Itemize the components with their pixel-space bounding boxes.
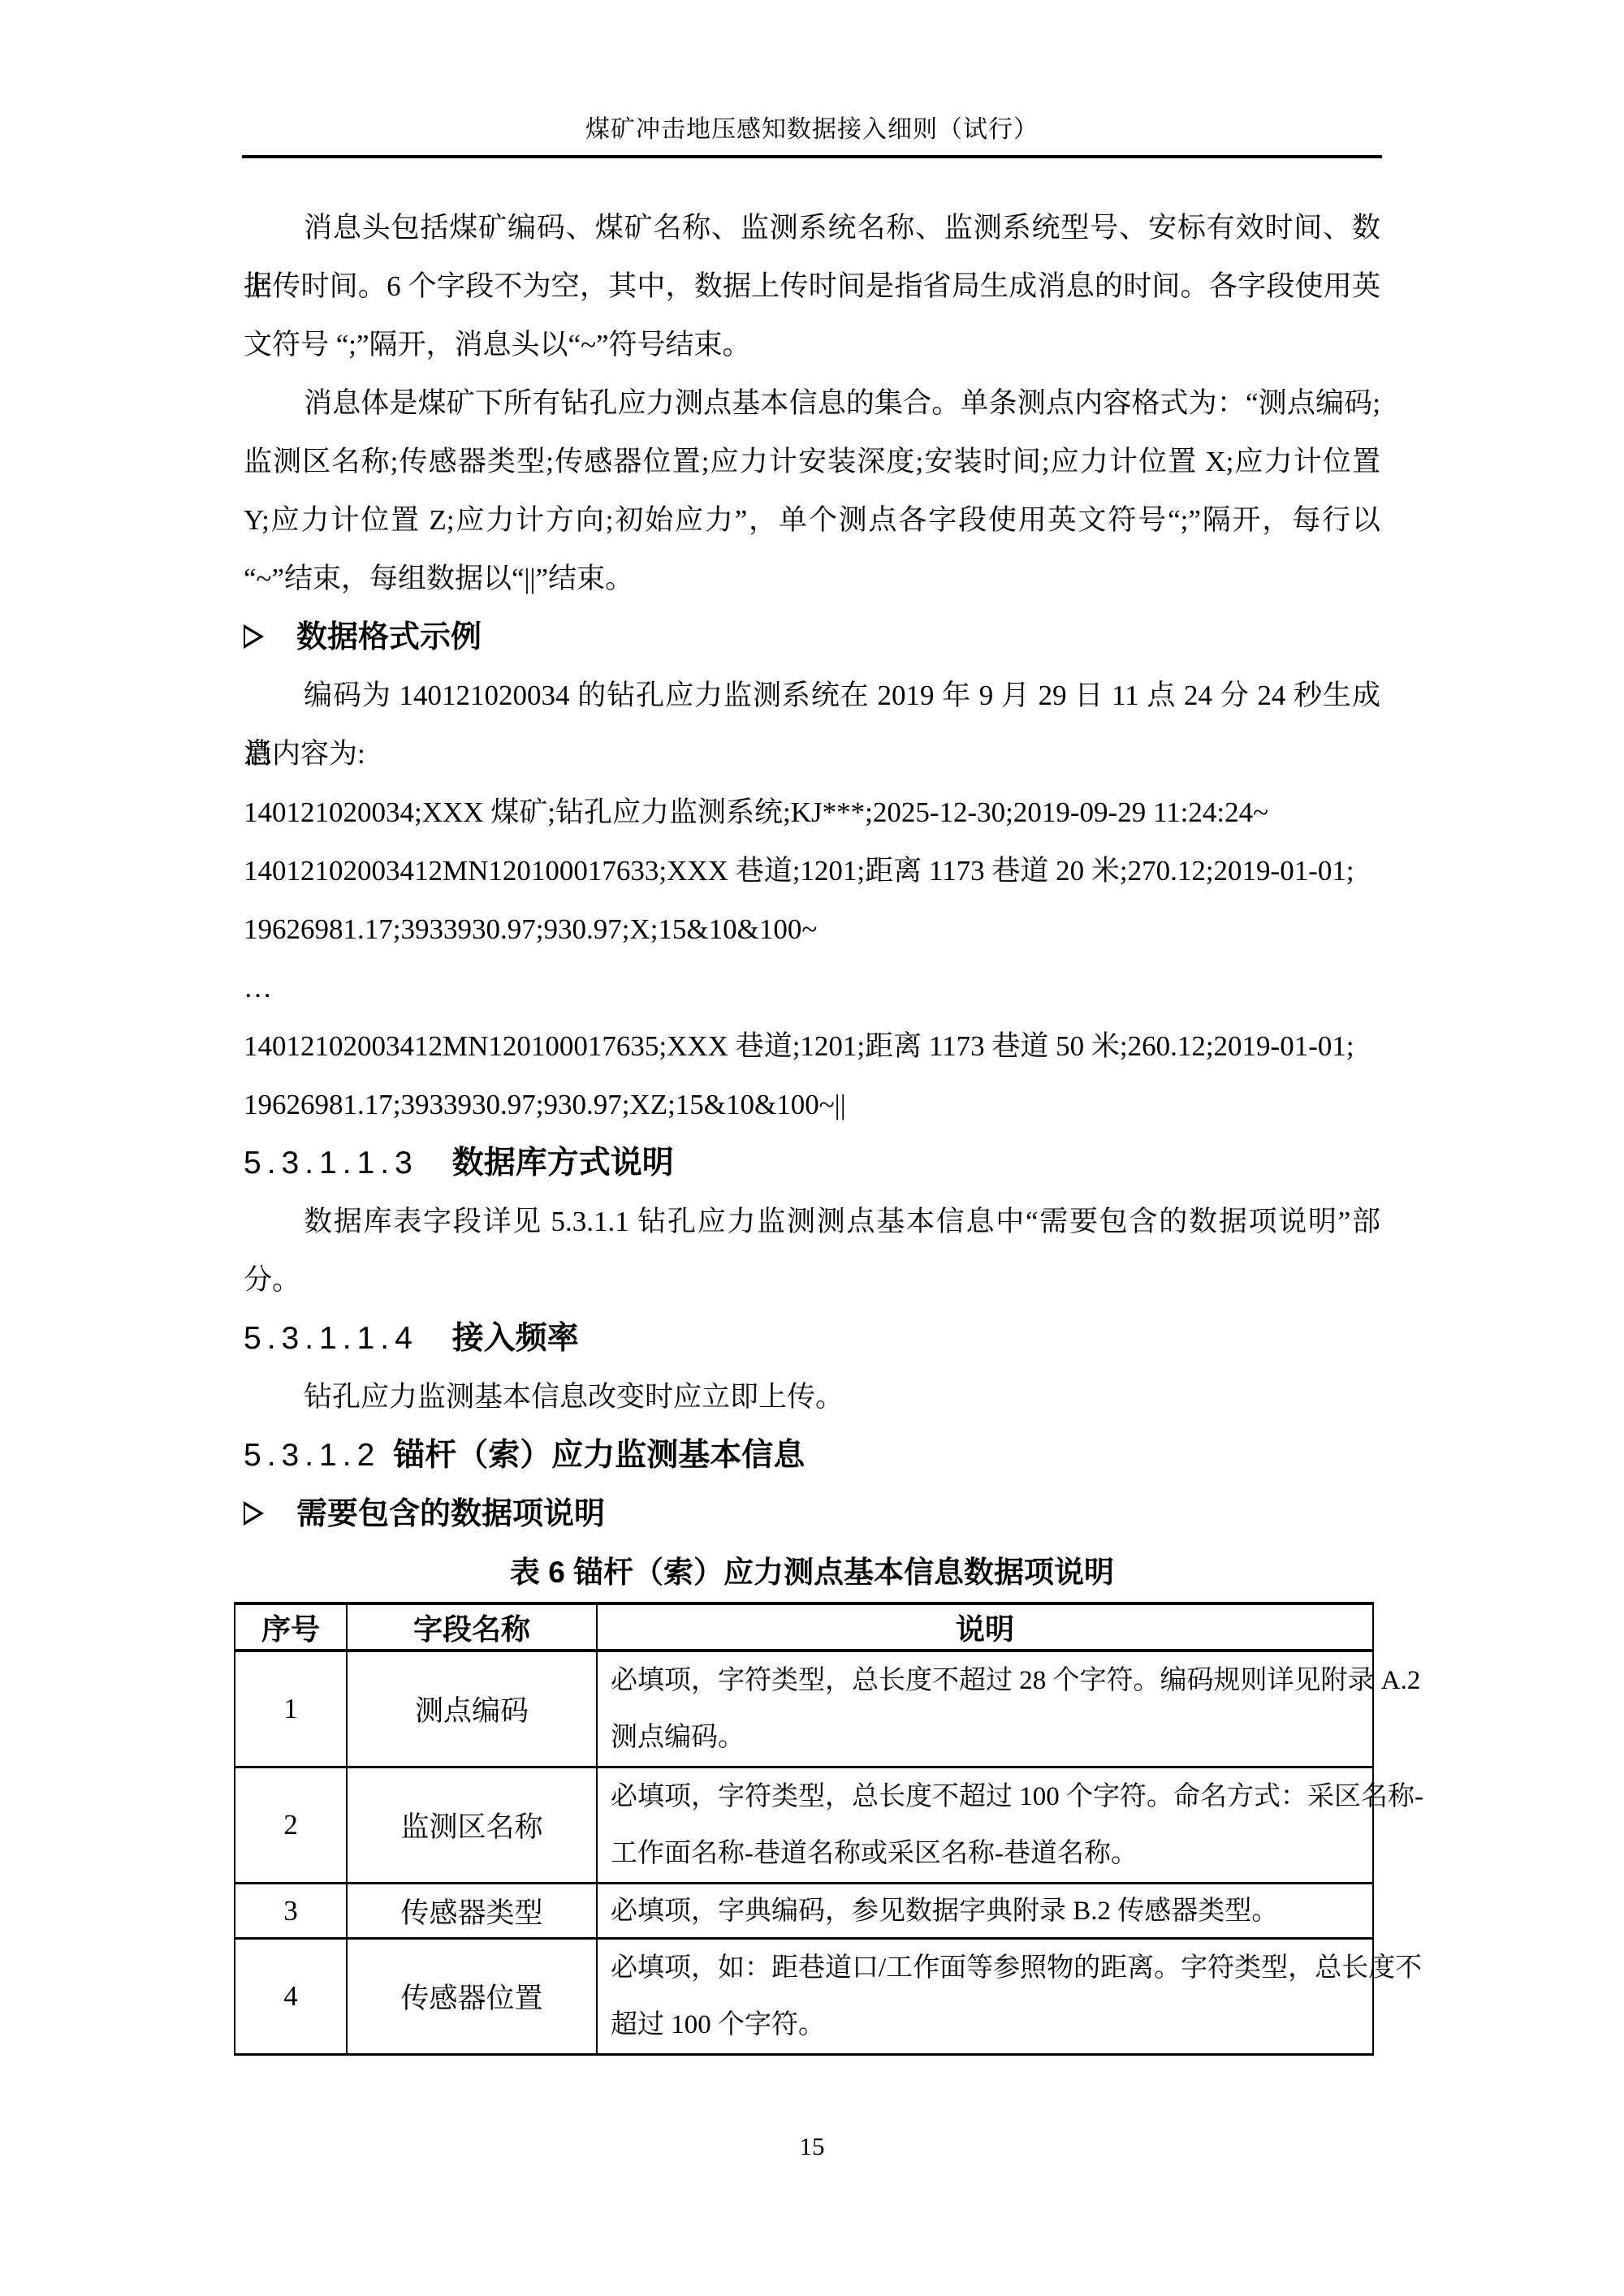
section-title: 数据库方式说明 [452, 1146, 674, 1180]
cell-description: 必填项，字符类型，总长度不超过 100 个字符。命名方式：采区名称- 工作面名称… [597, 1767, 1373, 1884]
cell-field-name: 监测区名称 [347, 1767, 597, 1884]
description-line: 必填项，如：距巷道口/工作面等参照物的距离。字符类型，总长度不 [611, 1940, 1359, 1996]
cell-field-name: 传感器位置 [347, 1939, 597, 2055]
paragraph-line: 消息头包括煤矿编码、煤矿名称、监测系统名称、监测系统型号、安标有效时间、数据 [244, 199, 1380, 257]
data-example-line: 14012102003412MN120100017635;XXX 巷道;1201… [244, 1017, 1380, 1076]
paragraph-line: Y;应力计位置 Z;应力计方向;初始应力”，单个测点各字段使用英文符号“;”隔开… [244, 491, 1380, 550]
section-number: 5.3.1.1.4 [244, 1321, 418, 1356]
ellipsis-line: … [244, 959, 1380, 1017]
table-row: 1 测点编码 必填项，字符类型，总长度不超过 28 个字符。编码规则详见附录 A… [235, 1651, 1373, 1767]
table-header-row: 序号 字段名称 说明 [235, 1603, 1373, 1651]
document-header-title: 煤矿冲击地压感知数据接入细则（试行） [0, 114, 1624, 146]
paragraph-line: 分。 [244, 1251, 1380, 1310]
cell-description: 必填项，字典编码，参见数据字典附录 B.2 传感器类型。 [597, 1884, 1373, 1939]
bullet-heading: 需要包含的数据项说明 [244, 1485, 1380, 1543]
col-header-description: 说明 [597, 1603, 1373, 1651]
description-line: 必填项，字符类型，总长度不超过 100 个字符。命名方式：采区名称- [611, 1768, 1359, 1825]
table-row: 2 监测区名称 必填项，字符类型，总长度不超过 100 个字符。命名方式：采区名… [235, 1767, 1373, 1884]
paragraph-line: 上传时间。6 个字段不为空，其中，数据上传时间是指省局生成消息的时间。各字段使用… [244, 257, 1380, 316]
bullet-heading-label: 需要包含的数据项说明 [296, 1497, 605, 1531]
data-example-line: 14012102003412MN120100017633;XXX 巷道;1201… [244, 842, 1380, 900]
section-number: 5.3.1.1.3 [244, 1146, 418, 1180]
table-row: 4 传感器位置 必填项，如：距巷道口/工作面等参照物的距离。字符类型，总长度不 … [235, 1939, 1373, 2055]
section-heading: 5.3.1.1.3数据库方式说明 [244, 1134, 1380, 1193]
col-header-no: 序号 [235, 1603, 347, 1651]
paragraph-line: 息内容为: [244, 725, 1380, 783]
description-line: 必填项，字典编码，参见数据字典附录 B.2 传感器类型。 [611, 1885, 1359, 1937]
description-line: 测点编码。 [611, 1709, 1359, 1766]
section-title: 接入频率 [452, 1321, 579, 1356]
bullet-heading: 数据格式示例 [244, 608, 1380, 667]
cell-no: 2 [235, 1767, 347, 1884]
document-page: 煤矿冲击地压感知数据接入细则（试行） 消息头包括煤矿编码、煤矿名称、监测系统名称… [0, 0, 1624, 2296]
paragraph-line: 编码为 140121020034 的钻孔应力监测系统在 2019 年 9 月 2… [244, 667, 1380, 725]
paragraph-line: 钻孔应力监测基本信息改变时应立即上传。 [244, 1368, 1380, 1426]
arrow-bullet-icon [244, 624, 264, 649]
cell-no: 4 [235, 1939, 347, 2055]
cell-description: 必填项，字符类型，总长度不超过 28 个字符。编码规则详见附录 A.2 测点编码… [597, 1651, 1373, 1767]
col-header-field-name: 字段名称 [347, 1603, 597, 1651]
table-caption: 表 6 锚杆（索）应力测点基本信息数据项说明 [244, 1543, 1380, 1602]
data-table: 序号 字段名称 说明 1 测点编码 必填项，字符类型，总长度不超过 28 个字符… [234, 1602, 1374, 2056]
description-line: 必填项，字符类型，总长度不超过 28 个字符。编码规则详见附录 A.2 [611, 1652, 1359, 1709]
data-example-line: 140121020034;XXX 煤矿;钻孔应力监测系统;KJ***;2025-… [244, 783, 1380, 842]
data-example-line: 19626981.17;3933930.97;930.97;X;15&10&10… [244, 900, 1380, 959]
section-title: 锚杆（索）应力监测基本信息 [393, 1438, 805, 1473]
paragraph-line: 文符号 “;”隔开，消息头以“~”符号结束。 [244, 316, 1380, 374]
description-line: 工作面名称-巷道名称或采区名称-巷道名称。 [611, 1825, 1359, 1882]
cell-description: 必填项，如：距巷道口/工作面等参照物的距离。字符类型，总长度不 超过 100 个… [597, 1939, 1373, 2055]
table-row: 3 传感器类型 必填项，字典编码，参见数据字典附录 B.2 传感器类型。 [235, 1884, 1373, 1939]
page-number: 15 [0, 2130, 1624, 2163]
paragraph-line: 数据库表字段详见 5.3.1.1 钻孔应力监测测点基本信息中“需要包含的数据项说… [244, 1193, 1380, 1251]
arrow-bullet-icon [244, 1501, 264, 1526]
header-rule [242, 155, 1382, 158]
section-heading: 5.3.1.2锚杆（索）应力监测基本信息 [244, 1426, 1380, 1485]
document-body: 消息头包括煤矿编码、煤矿名称、监测系统名称、监测系统型号、安标有效时间、数据 上… [244, 199, 1380, 1543]
section-heading: 5.3.1.1.4接入频率 [244, 1310, 1380, 1368]
cell-field-name: 测点编码 [347, 1651, 597, 1767]
section-number: 5.3.1.2 [244, 1438, 380, 1473]
cell-field-name: 传感器类型 [347, 1884, 597, 1939]
data-example-line: 19626981.17;3933930.97;930.97;XZ;15&10&1… [244, 1076, 1380, 1134]
cell-no: 1 [235, 1651, 347, 1767]
bullet-heading-label: 数据格式示例 [296, 620, 482, 654]
paragraph-line: 监测区名称;传感器类型;传感器位置;应力计安装深度;安装时间;应力计位置 X;应… [244, 433, 1380, 491]
paragraph-line: “~”结束，每组数据以“||”结束。 [244, 550, 1380, 608]
paragraph-line: 消息体是煤矿下所有钻孔应力测点基本信息的集合。单条测点内容格式为：“测点编码; [244, 374, 1380, 433]
description-line: 超过 100 个字符。 [611, 1996, 1359, 2053]
cell-no: 3 [235, 1884, 347, 1939]
